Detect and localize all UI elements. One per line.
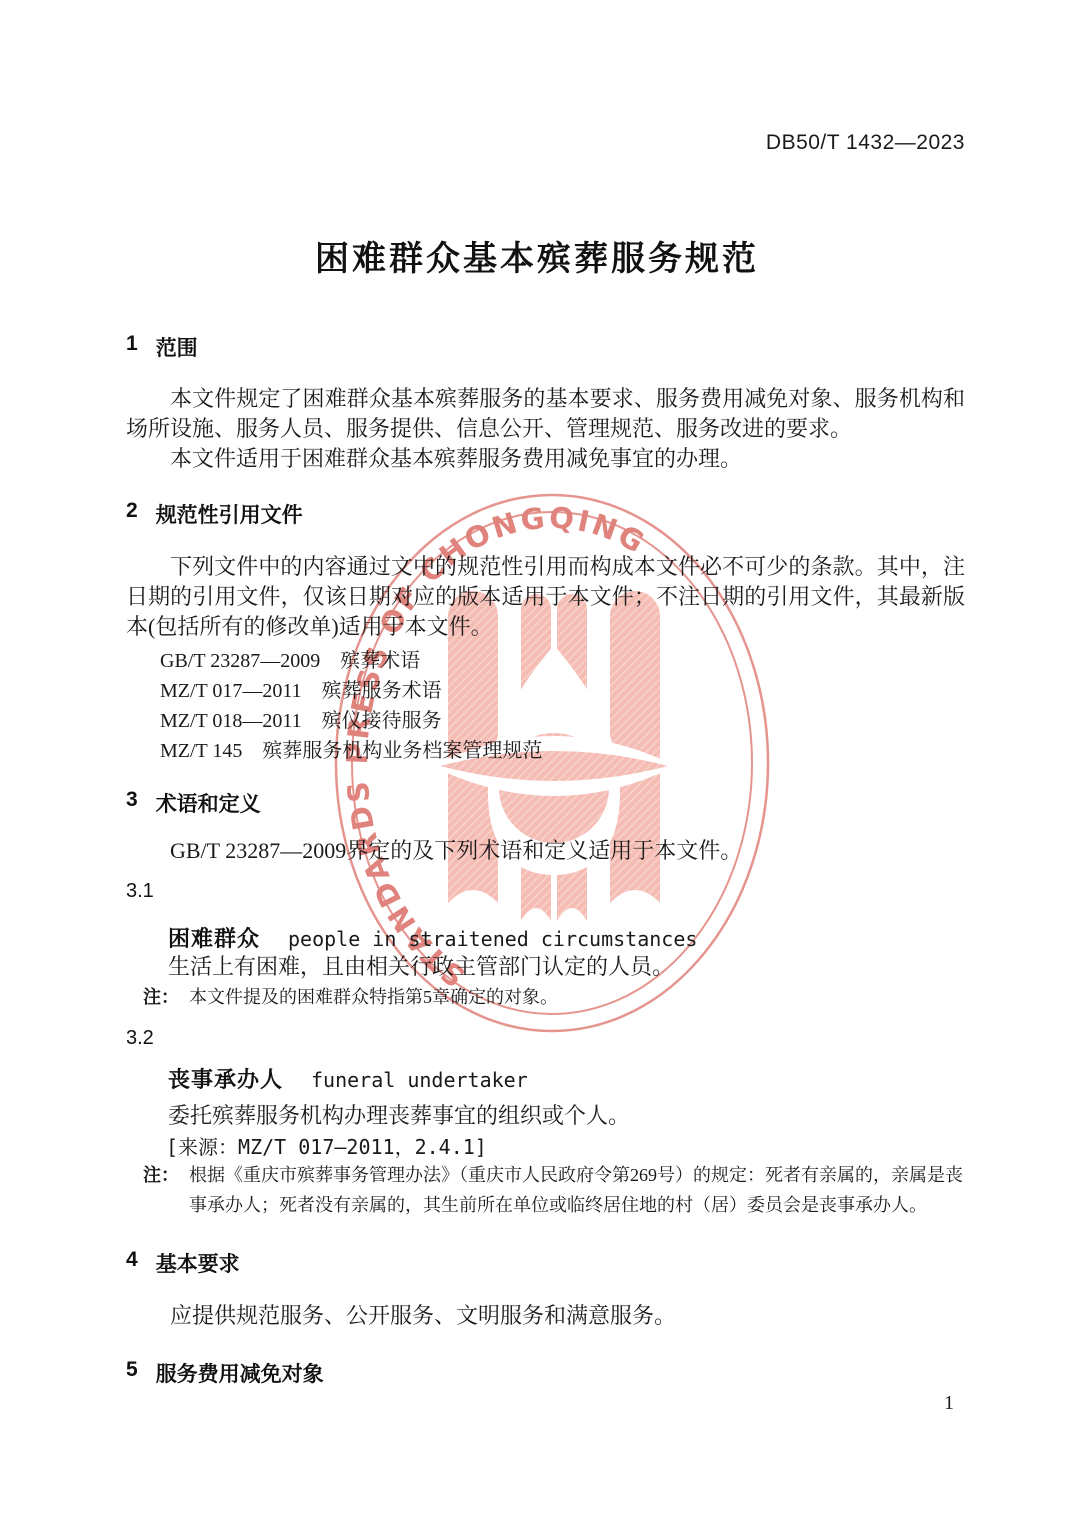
section-5-heading: 5 服务费用减免对象 xyxy=(126,1358,965,1388)
section-2-paragraph-1: 下列文件中的内容通过文中的规范性引用而构成本文件必不可少的条款。其中，注日期的引… xyxy=(126,552,965,642)
section-1-paragraph-2: 本文件适用于困难群众基本殡葬服务费用减免事宜的办理。 xyxy=(126,444,965,474)
section-1-paragraph-1: 本文件规定了困难群众基本殡葬服务的基本要求、服务费用减免对象、服务机构和场所设施… xyxy=(126,384,965,444)
section-3-number: 3 xyxy=(126,788,138,818)
section-2-title: 规范性引用文件 xyxy=(156,499,303,529)
section-2-number: 2 xyxy=(126,499,138,529)
term-3-2-definition: 委托殡葬服务机构办理丧葬事宜的组织或个人。 xyxy=(126,1101,965,1131)
note-text: 本文件提及的困难群众特指第5章确定的对象。 xyxy=(189,982,965,1012)
reference-item: MZ/T 145 殡葬服务机构业务档案管理规范 xyxy=(126,736,965,766)
term-3-2-source: [来源：MZ/T 017—2011，2.4.1] xyxy=(126,1131,965,1160)
section-4-heading: 4 基本要求 xyxy=(126,1248,965,1278)
reference-item: GB/T 23287—2009 殡葬术语 xyxy=(126,646,965,676)
section-3-title: 术语和定义 xyxy=(156,788,261,818)
clause-3-2-number: 3.2 xyxy=(126,1027,965,1050)
section-1-title: 范围 xyxy=(156,332,198,362)
term-3-2-note: 注： 根据《重庆市殡葬事务管理办法》（重庆市人民政府令第269号）的规定：死者有… xyxy=(126,1160,965,1220)
reference-item: MZ/T 018—2011 殡仪接待服务 xyxy=(126,706,965,736)
reference-item: MZ/T 017—2011 殡葬服务术语 xyxy=(126,676,965,706)
term-3-2: 丧事承办人 funeral undertaker xyxy=(126,1063,965,1094)
section-3-heading: 3 术语和定义 xyxy=(126,788,965,818)
page-title: 困难群众基本殡葬服务规范 xyxy=(0,231,1074,280)
doc-code: DB50/T 1432—2023 xyxy=(766,131,965,155)
page-number: 1 xyxy=(944,1392,954,1415)
section-4-title: 基本要求 xyxy=(156,1248,240,1278)
section-4-paragraph-1: 应提供规范服务、公开服务、文明服务和满意服务。 xyxy=(126,1301,965,1331)
term-3-1-note: 注： 本文件提及的困难群众特指第5章确定的对象。 xyxy=(126,982,965,1012)
term-3-1-chinese: 困难群众 xyxy=(168,922,260,953)
term-3-1-definition: 生活上有困难，且由相关行政主管部门认定的人员。 xyxy=(126,952,965,982)
section-1-heading: 1 范围 xyxy=(126,332,965,362)
document-page: STANDARDS PRESS OF CHONGQING DB50/T 1432… xyxy=(0,0,1074,1520)
note-label: 注： xyxy=(143,1160,179,1220)
term-3-2-english: funeral undertaker xyxy=(311,1068,528,1092)
section-5-title: 服务费用减免对象 xyxy=(156,1358,324,1388)
clause-3-1-number: 3.1 xyxy=(126,880,965,903)
term-3-1: 困难群众 people in straitened circumstances xyxy=(126,922,965,953)
note-label: 注： xyxy=(143,982,179,1012)
section-3-paragraph-1: GB/T 23287—2009界定的及下列术语和定义适用于本文件。 xyxy=(126,836,965,866)
term-3-2-chinese: 丧事承办人 xyxy=(168,1063,283,1094)
term-3-1-english: people in straitened circumstances xyxy=(288,927,697,951)
section-4-number: 4 xyxy=(126,1248,138,1278)
section-5-number: 5 xyxy=(126,1358,138,1388)
section-2-heading: 2 规范性引用文件 xyxy=(126,499,965,529)
note-text: 根据《重庆市殡葬事务管理办法》（重庆市人民政府令第269号）的规定：死者有亲属的… xyxy=(189,1160,965,1220)
section-1-number: 1 xyxy=(126,332,138,362)
